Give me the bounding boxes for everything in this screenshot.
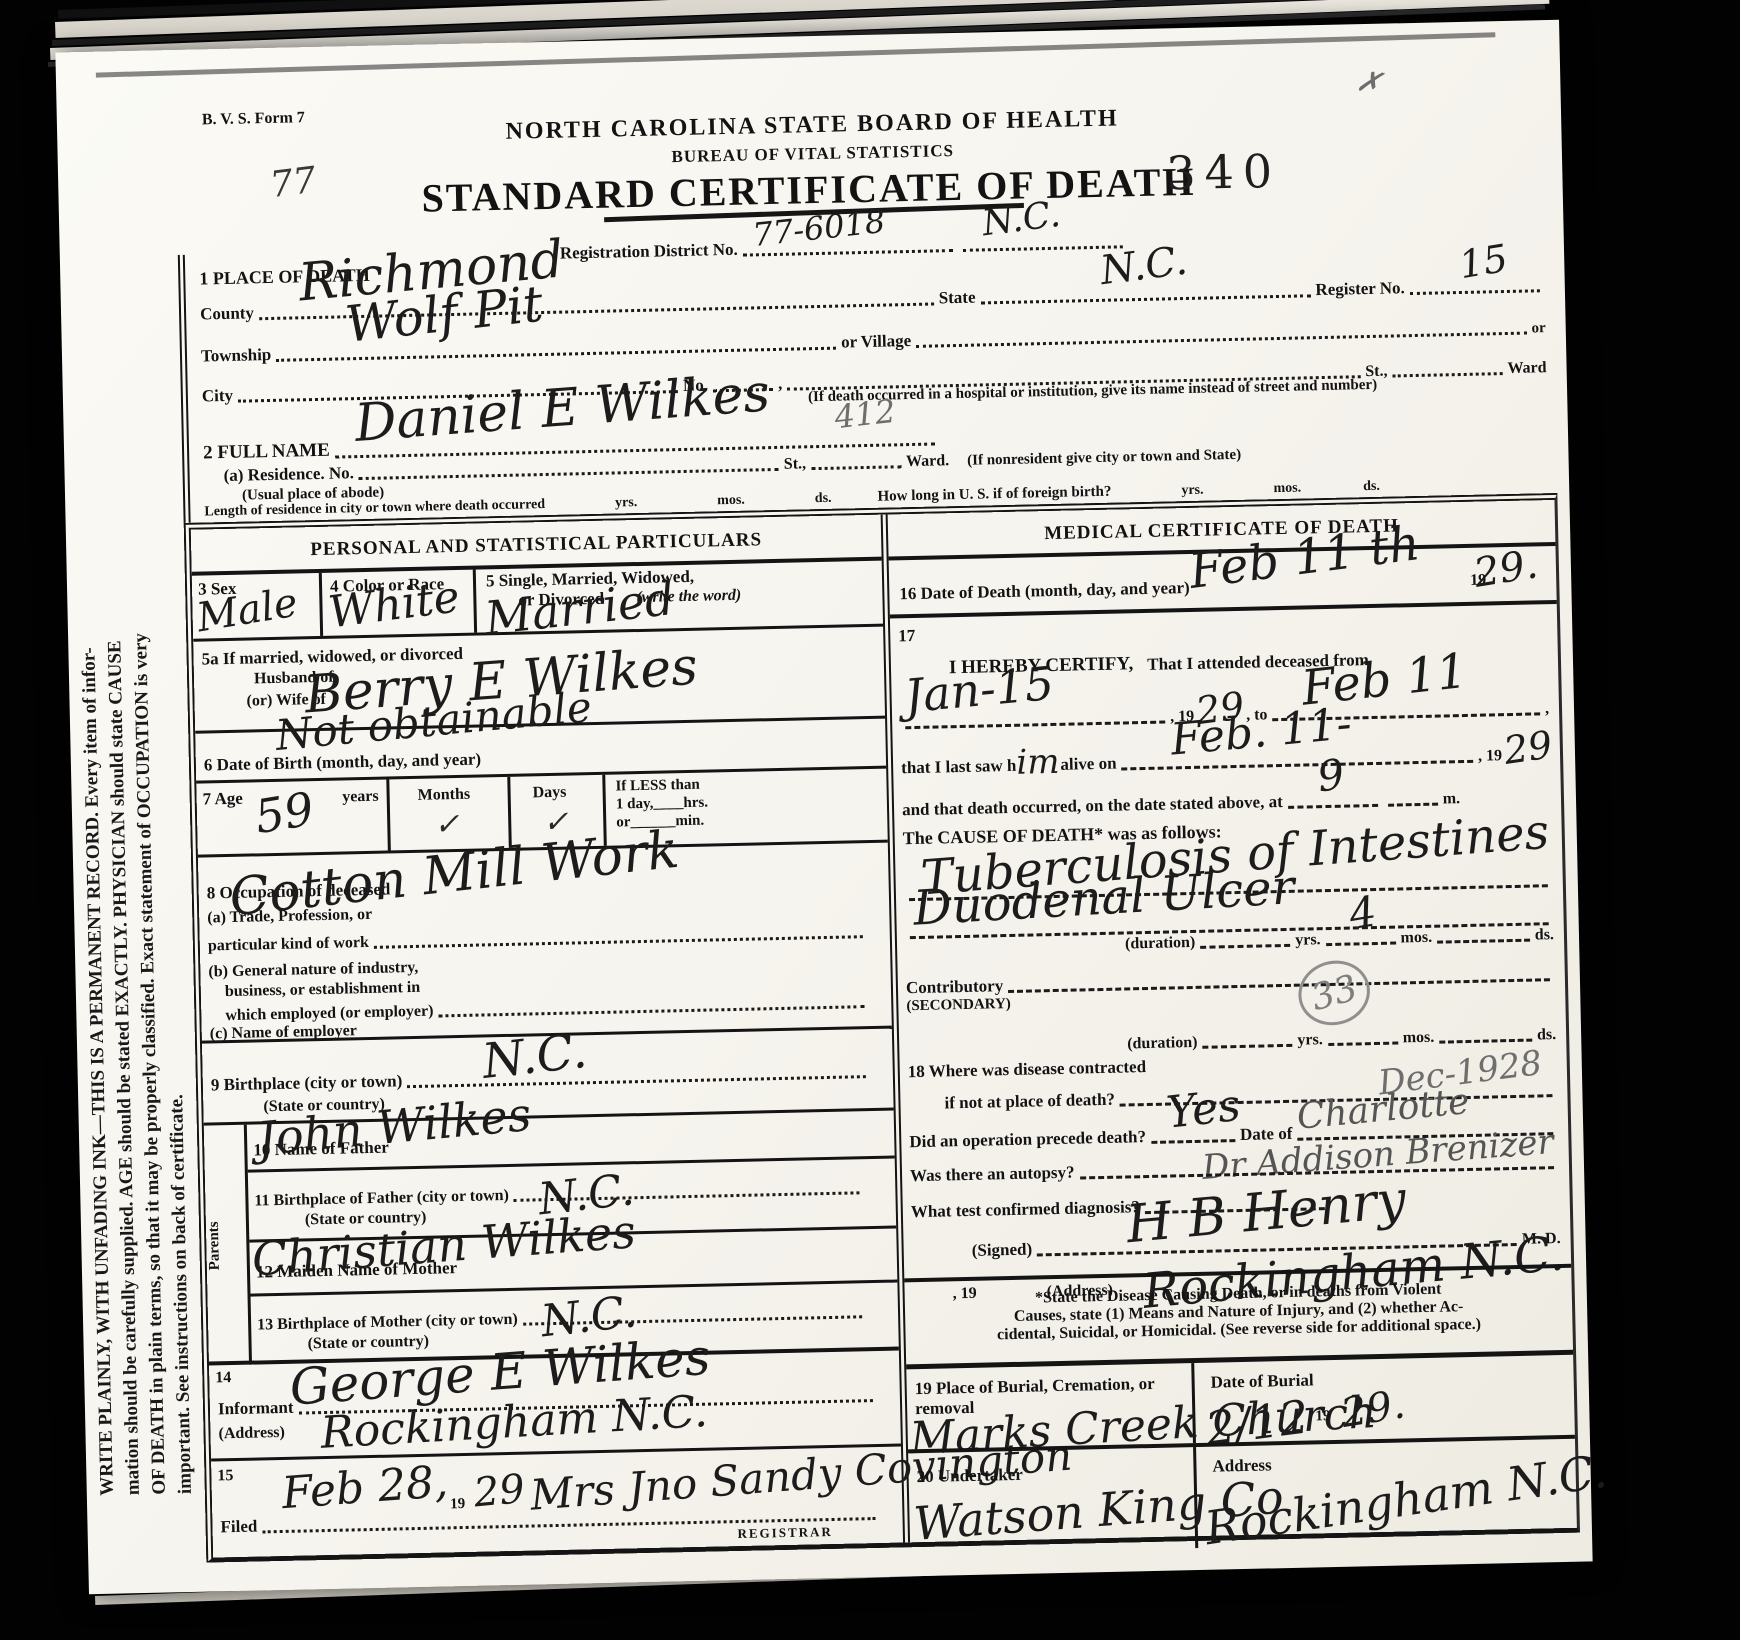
duration-mos-label: mos.	[1400, 929, 1432, 948]
occupation-a-label-2: particular kind of work	[208, 934, 369, 956]
hw-death-hour: 9	[1315, 753, 1347, 798]
form-number: B. V. S. Form 7	[202, 109, 305, 129]
hw-filed-year-value: 29	[472, 1469, 526, 1513]
hw-filed-date-value: Feb 28,	[280, 1460, 449, 1516]
city-label: City	[202, 386, 234, 407]
yrs-label: yrs.	[615, 495, 638, 511]
father-birthplace-label: 11 Birthplace of Father (city or town)	[254, 1187, 509, 1211]
parents-vertical-label: Parents	[206, 1221, 224, 1270]
mos-label: mos.	[717, 493, 745, 510]
operation-label: Did an operation precede death?	[909, 1127, 1146, 1152]
ds-label: ds.	[815, 491, 832, 507]
last-saw-year-prefix: , 19	[1478, 747, 1502, 766]
mother-birthplace-label: 13 Birthplace of Mother (city or town)	[257, 1311, 518, 1335]
hw-attended-from-date: Jan-15	[903, 660, 1056, 719]
filed-year-prefix: 19	[450, 1496, 465, 1513]
hw-him-suffix: im	[1016, 745, 1060, 780]
hw-burial-year-value: 29.	[1338, 1384, 1407, 1434]
filed-label: Filed	[220, 1517, 257, 1538]
certification-block: 17 I HEREBY CERTIFY, That I attended dec…	[890, 604, 1571, 1278]
mos2-label: mos.	[1273, 481, 1301, 498]
particulars-table: PERSONAL AND STATISTICAL PARTICULARS 3 S…	[184, 493, 1580, 1563]
last-saw-label-2: alive on	[1060, 754, 1117, 775]
occupation-b-label-1: (b) General nature of industry,	[208, 959, 418, 982]
if-less-label-2: 1 day,____hrs.	[616, 795, 708, 814]
age-years-label: years	[342, 788, 379, 807]
hw-race-value: White	[326, 575, 462, 635]
register-no-label: Register No.	[1315, 278, 1405, 300]
duration-ds-label: ds.	[1535, 926, 1555, 944]
city-ward-label: Ward	[1507, 359, 1547, 378]
hw-physician-signature: H B Henry	[1125, 1174, 1409, 1251]
scanned-death-certificate-page: { "header": { "form_no": "B. V. S. Form …	[0, 0, 1740, 1640]
signed-label: (Signed)	[972, 1240, 1033, 1261]
residence-st-label: St.,	[784, 455, 807, 473]
cause-footnote: *State the Disease Causing Death, or in …	[904, 1264, 1573, 1365]
certificate-sheet: WRITE PLAINLY, WITH UNFADING INK—THIS IS…	[55, 20, 1592, 1594]
village-label: or Village	[841, 331, 911, 353]
filed-number: 15	[217, 1467, 233, 1485]
date-of-death-label: 16 Date of Death (month, day, and year)	[899, 578, 1190, 604]
undertaker-label: 20 Undertaker	[916, 1465, 1023, 1487]
hw-months-mark: ✓	[434, 810, 460, 841]
age-label: 7 Age	[202, 789, 243, 810]
hw-register-no-value: 15	[1457, 239, 1511, 284]
personal-column: PERSONAL AND STATISTICAL PARTICULARS 3 S…	[191, 515, 910, 1558]
certificate-stamp-number: 340	[1166, 144, 1282, 200]
hw-age-value: 59	[252, 785, 317, 840]
undertaker-address-label: Address	[1212, 1455, 1272, 1476]
informant-label: Informant	[218, 1398, 294, 1420]
m-label: m.	[1443, 790, 1461, 808]
duration2-label: (duration)	[1127, 1034, 1198, 1054]
hw-date-of-death-year: 29.	[1472, 544, 1541, 594]
hw-birthplace-value: N.C.	[480, 1027, 589, 1086]
burial-year-prefix: 19	[1315, 1408, 1330, 1425]
hw-last-saw-year: 29	[1501, 725, 1554, 770]
secondary-label: (SECONDARY)	[906, 996, 1011, 1015]
residence-ward-label: Ward.	[906, 452, 950, 471]
duration-yrs-label: yrs.	[1295, 931, 1321, 950]
or-label: or	[1531, 320, 1546, 337]
hw-operation-answer: Yes	[1164, 1084, 1242, 1136]
birthplace-label: 9 Birthplace (city or town)	[211, 1071, 403, 1095]
hw-duration-months-value: 4	[1346, 890, 1379, 936]
undertaker-row: 20 Undertaker Watson King Co Address Roc…	[908, 1435, 1577, 1555]
registrar-label: REGISTRAR	[737, 1524, 833, 1542]
parents-block: Parents 10 Name of Father John Wilkes 11…	[204, 1111, 899, 1366]
informant-address-label: (Address)	[218, 1424, 285, 1443]
place-of-death-block: 1 PLACE OF DEATH County Richmond State N…	[178, 225, 1558, 523]
state-label: State	[938, 288, 975, 309]
pencil-name-annotation: 412	[833, 395, 897, 433]
duration2-mos-label: mos.	[1403, 1029, 1435, 1048]
duration-label: (duration)	[1125, 934, 1196, 954]
pencil-circled-number-value: 33	[1307, 967, 1362, 1019]
medical-column: MEDICAL CERTIFICATE OF DEATH 16 Date of …	[888, 500, 1577, 1542]
burial-row: 19 Place of Burial, Cremation, or remova…	[906, 1350, 1575, 1450]
item-17-number: 17	[898, 626, 915, 646]
occupation-b-label-2: business, or establishment in	[225, 979, 421, 1001]
contributory-label: Contributory	[906, 976, 1004, 998]
ds2-label: ds.	[1363, 479, 1380, 495]
last-saw-label-1: that I last saw h	[901, 756, 1017, 779]
duration2-ds-label: ds.	[1537, 1026, 1557, 1044]
autopsy-label: Was there an autopsy?	[910, 1163, 1075, 1187]
hw-district-prefix: 77	[268, 163, 318, 204]
pencil-corner-mark: ✗	[1354, 66, 1384, 100]
township-label: Township	[201, 345, 272, 367]
comma-glyph: ,	[778, 374, 783, 394]
nonresident-note: (If nonresident give city or town and St…	[967, 447, 1241, 470]
q18-label-line1: 18 Where was disease contracted	[908, 1057, 1147, 1082]
age-days-label: Days	[532, 784, 566, 803]
personal-column-header: PERSONAL AND STATISTICAL PARTICULARS	[310, 529, 762, 560]
death-occurred-label: and that death occurred, on the date sta…	[902, 792, 1283, 820]
age-months-label: Months	[417, 786, 470, 805]
residence-label: (a) Residence. No.	[223, 463, 354, 486]
county-label: County	[200, 303, 254, 324]
informant-number: 14	[215, 1369, 231, 1387]
yrs2-label: yrs.	[1181, 483, 1204, 499]
comma-after-to: ,	[1545, 700, 1549, 718]
if-less-label-1: If LESS than	[615, 777, 700, 796]
occupation-b-label-3: which employed (or employer)	[225, 1003, 433, 1026]
duration2-yrs-label: yrs.	[1297, 1031, 1323, 1050]
hw-state-value: N.C.	[1098, 241, 1189, 292]
q18-label-line2: if not at place of death?	[944, 1090, 1115, 1114]
